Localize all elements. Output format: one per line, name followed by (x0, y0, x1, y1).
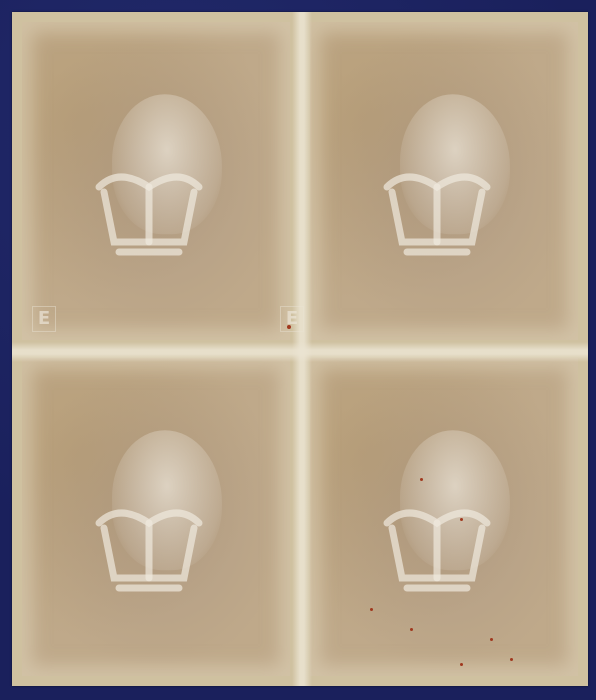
stain-speck (410, 628, 413, 631)
stain-speck (460, 663, 463, 666)
crown-watermark-icon (367, 493, 507, 613)
stain-speck (460, 518, 463, 521)
stamp-top-right: E (310, 22, 578, 340)
stain-speck (370, 608, 373, 611)
stamp-bottom-right (310, 358, 578, 676)
stamp-top-left: E (22, 22, 290, 340)
stain-speck (510, 658, 513, 661)
stamp-bottom-left (22, 358, 290, 676)
stamp-block-reverse: E E (12, 12, 588, 686)
crown-watermark-icon (367, 157, 507, 277)
stain-speck (287, 325, 291, 329)
horizontal-gutter (12, 342, 588, 362)
stain-speck (420, 478, 423, 481)
stain-speck (490, 638, 493, 641)
crown-watermark-icon (79, 493, 219, 613)
corner-letter: E (32, 306, 56, 332)
crown-watermark-icon (79, 157, 219, 277)
